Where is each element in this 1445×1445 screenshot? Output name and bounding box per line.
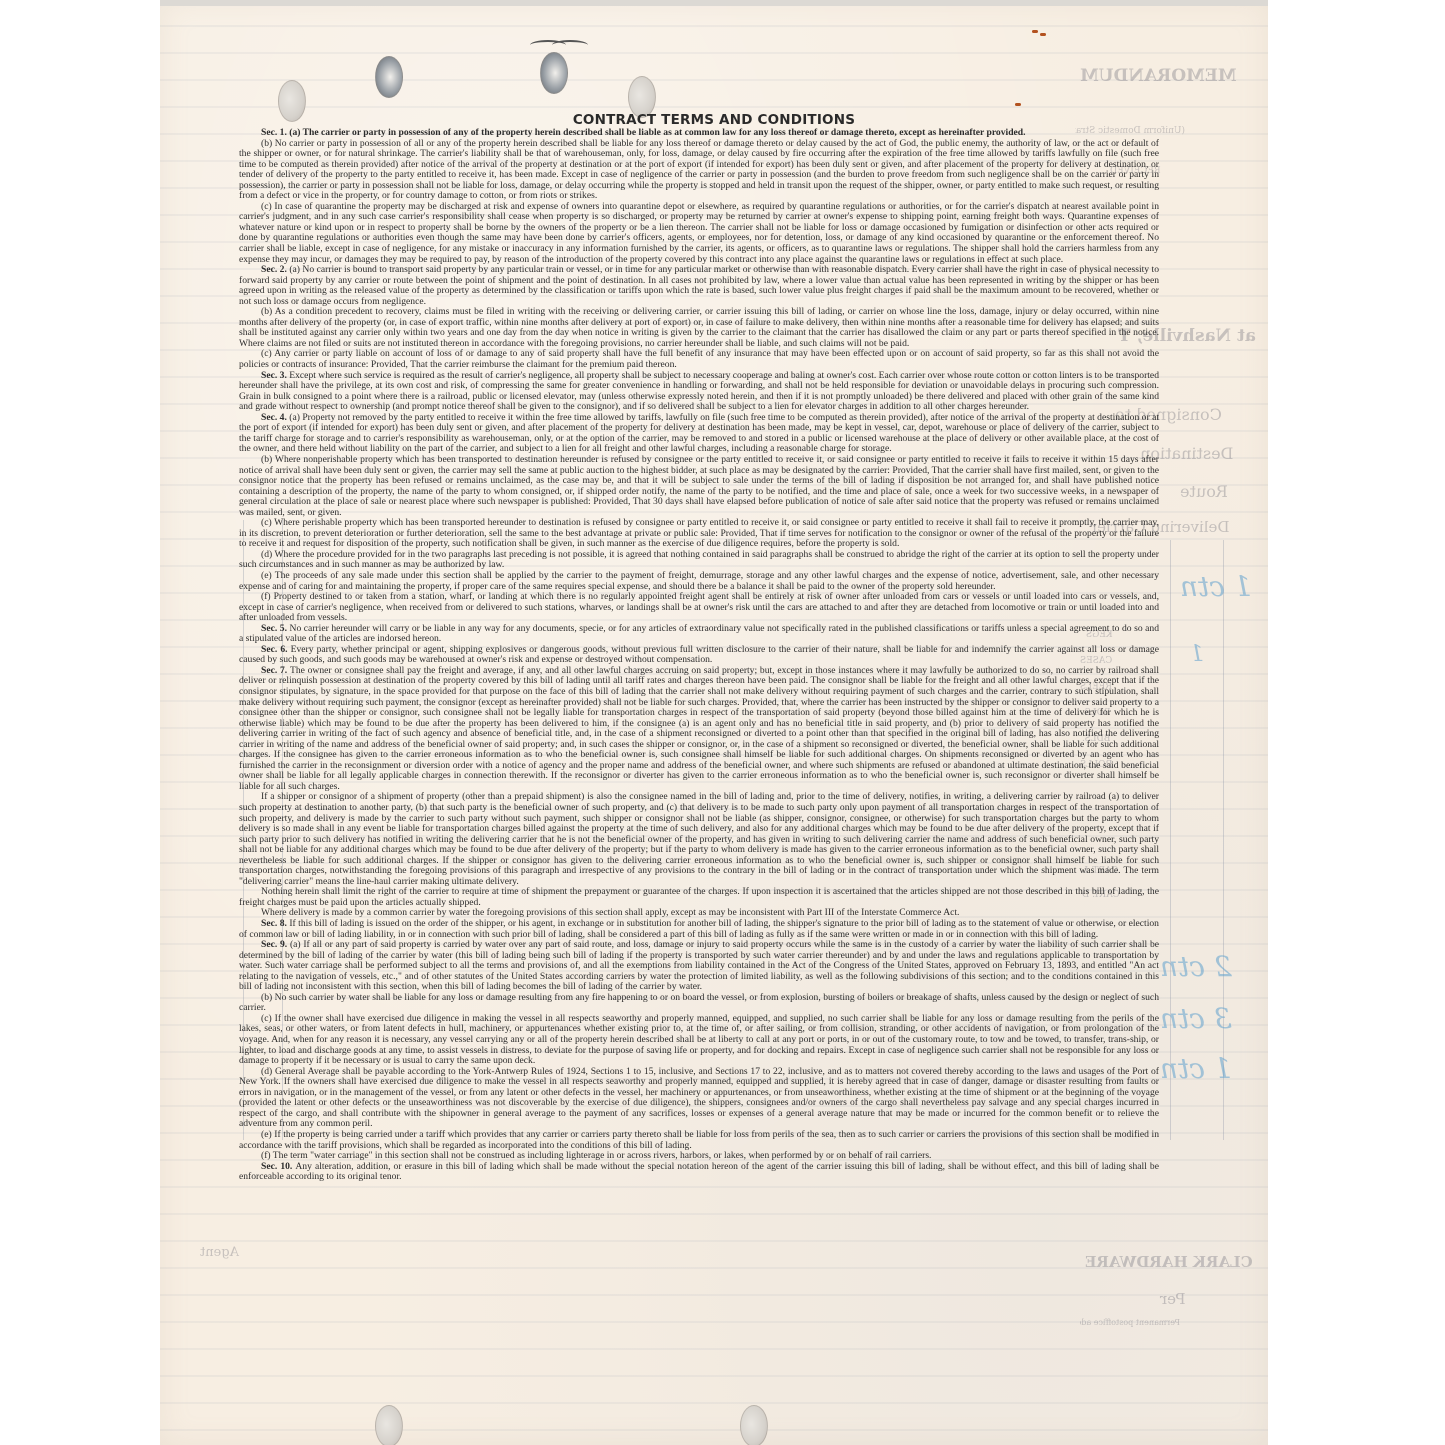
contract-paragraph: (d) General Average shall be payable acc… bbox=[239, 1067, 1159, 1130]
paragraph-text: If this bill of lading is issued on the … bbox=[239, 918, 1159, 940]
section-label: Sec. 7. bbox=[261, 665, 290, 676]
punch-hole bbox=[540, 52, 568, 94]
contract-paragraph: Sec. 9. (a) If all or any part of said p… bbox=[239, 940, 1159, 993]
contract-body: Sec. 1. (a) The carrier or party in poss… bbox=[239, 128, 1159, 1183]
punch-hole bbox=[375, 1405, 403, 1445]
contract-paragraph: If a shipper or consignor of a shipment … bbox=[239, 792, 1159, 887]
paragraph-text: Where delivery is made by a common carri… bbox=[261, 907, 959, 918]
handwritten-entry: 1 ctn bbox=[1160, 1052, 1232, 1085]
contract-paragraph: Sec. 7. The owner or consignee shall pay… bbox=[239, 666, 1159, 793]
scan-edge bbox=[160, 0, 1268, 6]
section-label: Sec. 6. bbox=[261, 644, 291, 655]
bleed-company: CLARK HARDWARE bbox=[1085, 1253, 1253, 1271]
paragraph-text: (e) The proceeds of any sale made under … bbox=[239, 570, 1159, 592]
paragraph-text: No carrier hereunder will carry or be li… bbox=[239, 623, 1159, 645]
contract-paragraph: (b) No carrier or party in possession of… bbox=[239, 139, 1159, 202]
bleed-field-route: Route bbox=[1180, 482, 1228, 501]
paragraph-text: Except where such service is required as… bbox=[239, 370, 1159, 413]
contract-paragraph: (c) Where perishable property which has … bbox=[239, 518, 1159, 550]
contract-paragraph: (e) The proceeds of any sale made under … bbox=[239, 571, 1159, 592]
contract-paragraph: (c) In case of quarantine the property m… bbox=[239, 202, 1159, 265]
paragraph-text: (b) No such carrier by water shall be li… bbox=[239, 992, 1159, 1014]
contract-paragraph: Sec. 3. Except where such service is req… bbox=[239, 371, 1159, 413]
handwritten-entry: 1 bbox=[1190, 642, 1204, 667]
column-rule bbox=[1223, 540, 1224, 1140]
section-label: Sec. 10. bbox=[261, 1161, 295, 1172]
rust-spot bbox=[1015, 103, 1021, 106]
paragraph-text: (b) No carrier or party in possession of… bbox=[239, 138, 1159, 202]
contract-paragraph: (e) If the property is being carried und… bbox=[239, 1130, 1159, 1151]
document-page: MEMORANDUM (Uniform Domestic Straight Bi… bbox=[160, 0, 1268, 1445]
bleed-permanent-address: Permanent postoffice address of shipper bbox=[1080, 1318, 1180, 1327]
paragraph-text: (a) The carrier or party in possession o… bbox=[289, 127, 1025, 138]
bleed-header: MEMORANDUM bbox=[1080, 66, 1237, 86]
contract-paragraph: (b) As a condition precedent to recovery… bbox=[239, 307, 1159, 349]
contract-paragraph: (b) Where nonperishable property which h… bbox=[239, 455, 1159, 518]
paragraph-text: If a shipper or consignor of a shipment … bbox=[239, 791, 1159, 886]
bleed-per-label: Per bbox=[1160, 1290, 1185, 1308]
rust-spot bbox=[1040, 33, 1046, 36]
punch-hole bbox=[740, 1405, 768, 1445]
handwritten-entry: 2 ctn bbox=[1160, 950, 1232, 983]
paragraph-text: (a) Property not removed by the party en… bbox=[239, 412, 1159, 455]
contract-paragraph: Sec. 6. Every party, whether principal o… bbox=[239, 645, 1159, 666]
punch-hole bbox=[375, 56, 403, 98]
contract-paragraph: (f) Property destined to or taken from a… bbox=[239, 592, 1159, 624]
contract-paragraph: Sec. 10. Any alteration, addition, or er… bbox=[239, 1162, 1159, 1183]
contract-paragraph: (c) Any carrier or party liable on accou… bbox=[239, 349, 1159, 370]
column-rule bbox=[1170, 540, 1171, 1140]
section-label: Sec. 5. bbox=[261, 623, 290, 634]
rust-spot bbox=[1032, 30, 1038, 33]
handwritten-entry: 3 ctn bbox=[1160, 1002, 1232, 1035]
staple-mark bbox=[552, 40, 588, 50]
section-label: Sec. 9. bbox=[261, 939, 290, 950]
document-title: CONTRACT TERMS AND CONDITIONS bbox=[160, 112, 1268, 128]
section-label: Sec. 3. bbox=[261, 370, 289, 381]
contract-paragraph: Sec. 5. No carrier hereunder will carry … bbox=[239, 624, 1159, 645]
contract-paragraph: Sec. 8. If this bill of lading is issued… bbox=[239, 919, 1159, 940]
paragraph-text: (d) Where the procedure provided for in … bbox=[239, 549, 1159, 571]
paragraph-text: (c) In case of quarantine the property m… bbox=[239, 201, 1159, 265]
paragraph-text: (d) General Average shall be payable acc… bbox=[239, 1066, 1159, 1130]
contract-paragraph: Nothing herein shall limit the right of … bbox=[239, 887, 1159, 908]
paragraph-text: (f) The term "water carriage" in this se… bbox=[261, 1150, 931, 1161]
paragraph-text: (e) If the property is being carried und… bbox=[239, 1129, 1159, 1151]
handwritten-entry: 1 ctn bbox=[1180, 570, 1252, 603]
paragraph-text: (c) Where perishable property which has … bbox=[239, 517, 1159, 549]
paragraph-text: (a) No carrier is bound to transport sai… bbox=[239, 264, 1159, 307]
section-label: Sec. 2. bbox=[261, 264, 289, 275]
contract-paragraph: Sec. 4. (a) Property not removed by the … bbox=[239, 413, 1159, 455]
bleed-agent-label: Agent bbox=[200, 1245, 239, 1260]
section-label: Sec. 8. bbox=[261, 918, 289, 929]
paragraph-text: Any alteration, addition, or erasure in … bbox=[239, 1161, 1159, 1183]
paragraph-text: Every party, whether principal or agent,… bbox=[239, 644, 1159, 666]
contract-paragraph: (d) Where the procedure provided for in … bbox=[239, 550, 1159, 571]
section-label: Sec. 1. bbox=[261, 127, 289, 138]
section-label: Sec. 4. bbox=[261, 412, 289, 423]
contract-paragraph: (b) No such carrier by water shall be li… bbox=[239, 993, 1159, 1014]
paragraph-text: (f) Property destined to or taken from a… bbox=[239, 591, 1159, 623]
paragraph-text: (b) Where nonperishable property which h… bbox=[239, 454, 1159, 518]
contract-paragraph: (c) If the owner shall have exercised du… bbox=[239, 1014, 1159, 1067]
paragraph-text: Nothing herein shall limit the right of … bbox=[239, 886, 1159, 908]
paragraph-text: (c) Any carrier or party liable on accou… bbox=[239, 348, 1159, 370]
paragraph-text: The owner or consignee shall pay the fre… bbox=[239, 665, 1159, 792]
paragraph-text: (a) If all or any part of said property … bbox=[239, 939, 1159, 992]
paragraph-text: (c) If the owner shall have exercised du… bbox=[239, 1013, 1159, 1066]
contract-paragraph: Sec. 2. (a) No carrier is bound to trans… bbox=[239, 265, 1159, 307]
paragraph-text: (b) As a condition precedent to recovery… bbox=[239, 306, 1159, 349]
